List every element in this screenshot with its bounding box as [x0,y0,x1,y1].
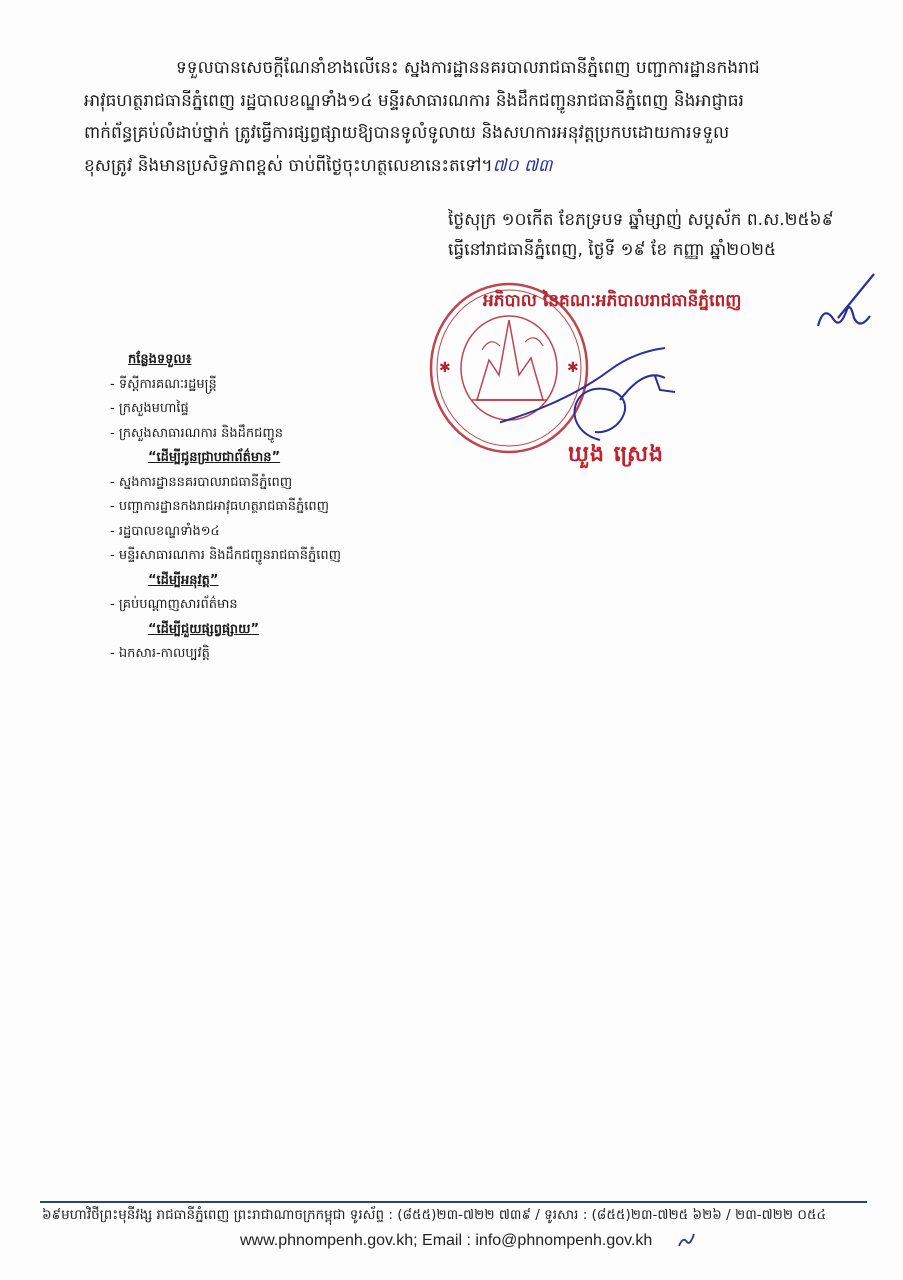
recipient-purpose: “ដើម្បីជូនជ្រាបជាព័ត៌មាន” [110,446,341,471]
footer-initial-mark-icon [676,1230,696,1250]
handwritten-note: ៧០ ៧៣ [493,156,553,176]
recipient-item: ក្រសួងមហាផ្ទៃ [110,397,341,422]
recipient-item: ស្នងការដ្ឋាននគរបាលរាជធានីភ្នំពេញ [110,471,341,496]
svg-text:✱: ✱ [439,360,451,376]
recipient-item: ក្រសួងសាធារណការ និងដឹកជញ្ជូន [110,422,341,447]
signatory-title: អភិបាល នៃគណៈអភិបាលរាជធានីភ្នំពេញ [483,290,741,315]
footer-divider [40,1201,867,1203]
lunar-date: ថ្ងៃសុក្រ ១០កើត ខែភទ្របទ ឆ្នាំម្សាញ់ សប្… [448,205,878,235]
paragraph-line: អាវុធហត្ថរាជធានីភ្នំពេញ រដ្ឋបាលខណ្ឌទាំង១… [84,85,874,118]
document-page: ទទួលបានសេចក្ដីណែនាំខាងលើនេះ ស្នងការដ្ឋាន… [0,0,903,1280]
footer-contact-web: www.phnompenh.gov.kh; Email : info@phnom… [240,1232,652,1250]
recipient-purpose: “ដើម្បីអនុវត្ត” [110,569,341,594]
paragraph-line: ពាក់ព័ន្ធគ្រប់លំដាប់ថ្នាក់ ត្រូវធ្វើការផ… [84,117,874,150]
solar-date: ធ្វើនៅរាជធានីភ្នំពេញ, ថ្ងៃទី ១៩ ខែ កញ្ញា… [448,235,878,265]
recipient-item: មន្ទីរសាធារណការ និងដឹកជញ្ជូនរាជធានីភ្នំព… [110,544,341,569]
paragraph-line-last: ខុសត្រូវ និងមានប្រសិទ្ធភាពខ្ពស់ ចាប់ពីថ្… [84,150,874,183]
date-block: ថ្ងៃសុក្រ ១០កើត ខែភទ្របទ ឆ្នាំម្សាញ់ សប្… [448,205,878,265]
recipient-item: រដ្ឋបាលខណ្ឌទាំង១៤ [110,520,341,545]
recipient-item: ទីស្ដីការគណៈរដ្ឋមន្ត្រី [110,373,341,398]
recipients-heading: កន្លែងទទួល៖ [110,348,341,373]
body-paragraph: ទទួលបានសេចក្ដីណែនាំខាងលើនេះ ស្នងការដ្ឋាន… [84,52,874,182]
footer-address: ៦៩មហាវិថីព្រះមុនីវង្ស រាជធានីភ្នំពេញ ព្រ… [42,1206,862,1226]
recipients-list: កន្លែងទទួល៖ ទីស្ដីការគណៈរដ្ឋមន្ត្រី ក្រស… [110,348,341,667]
paragraph-line: ទទួលបានសេចក្ដីណែនាំខាងលើនេះ ស្នងការដ្ឋាន… [84,52,874,85]
signatory-name: ឃួង ស្រេង [568,440,664,472]
paragraph-line-text: ខុសត្រូវ និងមានប្រសិទ្ធភាពខ្ពស់ ចាប់ពីថ្… [84,156,493,176]
recipient-purpose: “ដើម្បីជួយផ្សព្វផ្សាយ” [110,618,341,643]
recipient-item: បញ្ជាការដ្ឋានកងរាជអាវុធហត្ថរាជធានីភ្នំពេ… [110,495,341,520]
signature-icon [500,340,680,450]
recipient-item: ឯកសារ-កាលប្បវត្តិ [110,642,341,667]
initials-mark-icon [808,268,878,338]
recipient-item: គ្រប់បណ្ដាញសារព័ត៌មាន [110,593,341,618]
